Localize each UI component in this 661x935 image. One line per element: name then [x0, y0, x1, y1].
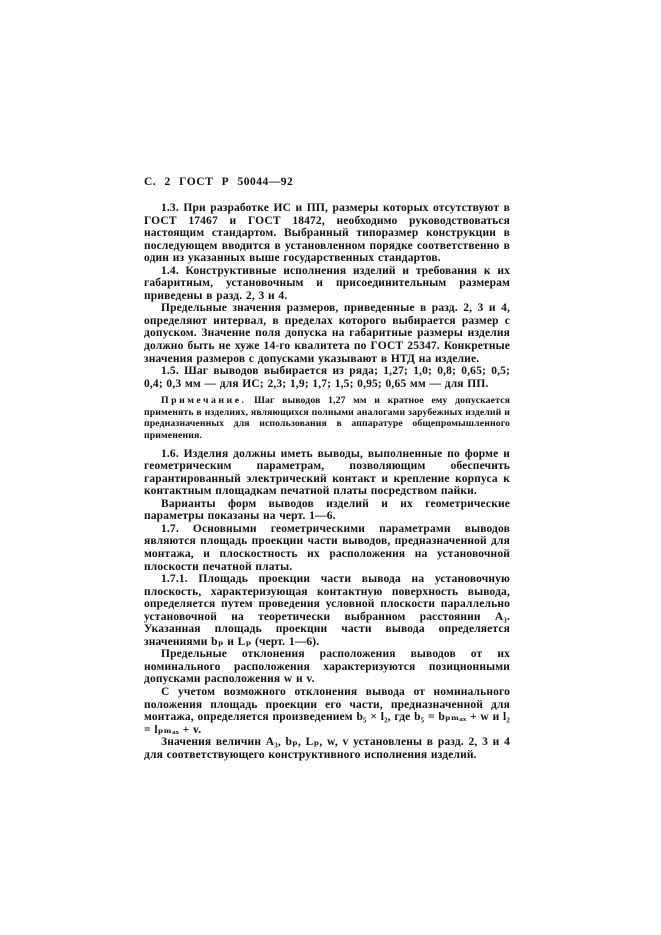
document-page: С. 2 ГОСТ Р 50044—92 1.3. При разработке…	[0, 0, 661, 935]
note: Примечание. Шаг выводов 1,27 мм и кратно…	[144, 395, 510, 441]
paragraph-1-3: 1.3. При разработке ИС и ПП, размеры кот…	[144, 202, 510, 265]
text-block: С. 2 ГОСТ Р 50044—92 1.3. При разработке…	[144, 176, 510, 761]
page-header: С. 2 ГОСТ Р 50044—92	[144, 176, 510, 188]
paragraph-1-6: 1.6. Изделия должны иметь выводы, выполн…	[144, 448, 510, 498]
paragraph-values: Значения величин А₃, bₚ, Lₚ, w, v устано…	[144, 736, 510, 761]
paragraph-deviations: Предельные отклонения расположения вывод…	[144, 648, 510, 686]
paragraph-lead-variants: Варианты форм выводов изделий и их геоме…	[144, 498, 510, 523]
paragraph-projection-area: С учетом возможного отклонения вывода от…	[144, 686, 510, 736]
note-label: Примечание.	[161, 395, 247, 406]
paragraph-1-4: 1.4. Конструктивные исполнения изделий и…	[144, 265, 510, 303]
paragraph-1-7-1: 1.7.1. Площадь проекции части вывода на …	[144, 573, 510, 648]
paragraph-limit-values: Предельные значения размеров, приведенны…	[144, 302, 510, 365]
paragraph-1-7: 1.7. Основными геометрическими параметра…	[144, 523, 510, 573]
paragraph-1-5: 1.5. Шаг выводов выбирается из ряда; 1,2…	[144, 365, 510, 390]
document-body: 1.3. При разработке ИС и ПП, размеры кот…	[144, 202, 510, 761]
